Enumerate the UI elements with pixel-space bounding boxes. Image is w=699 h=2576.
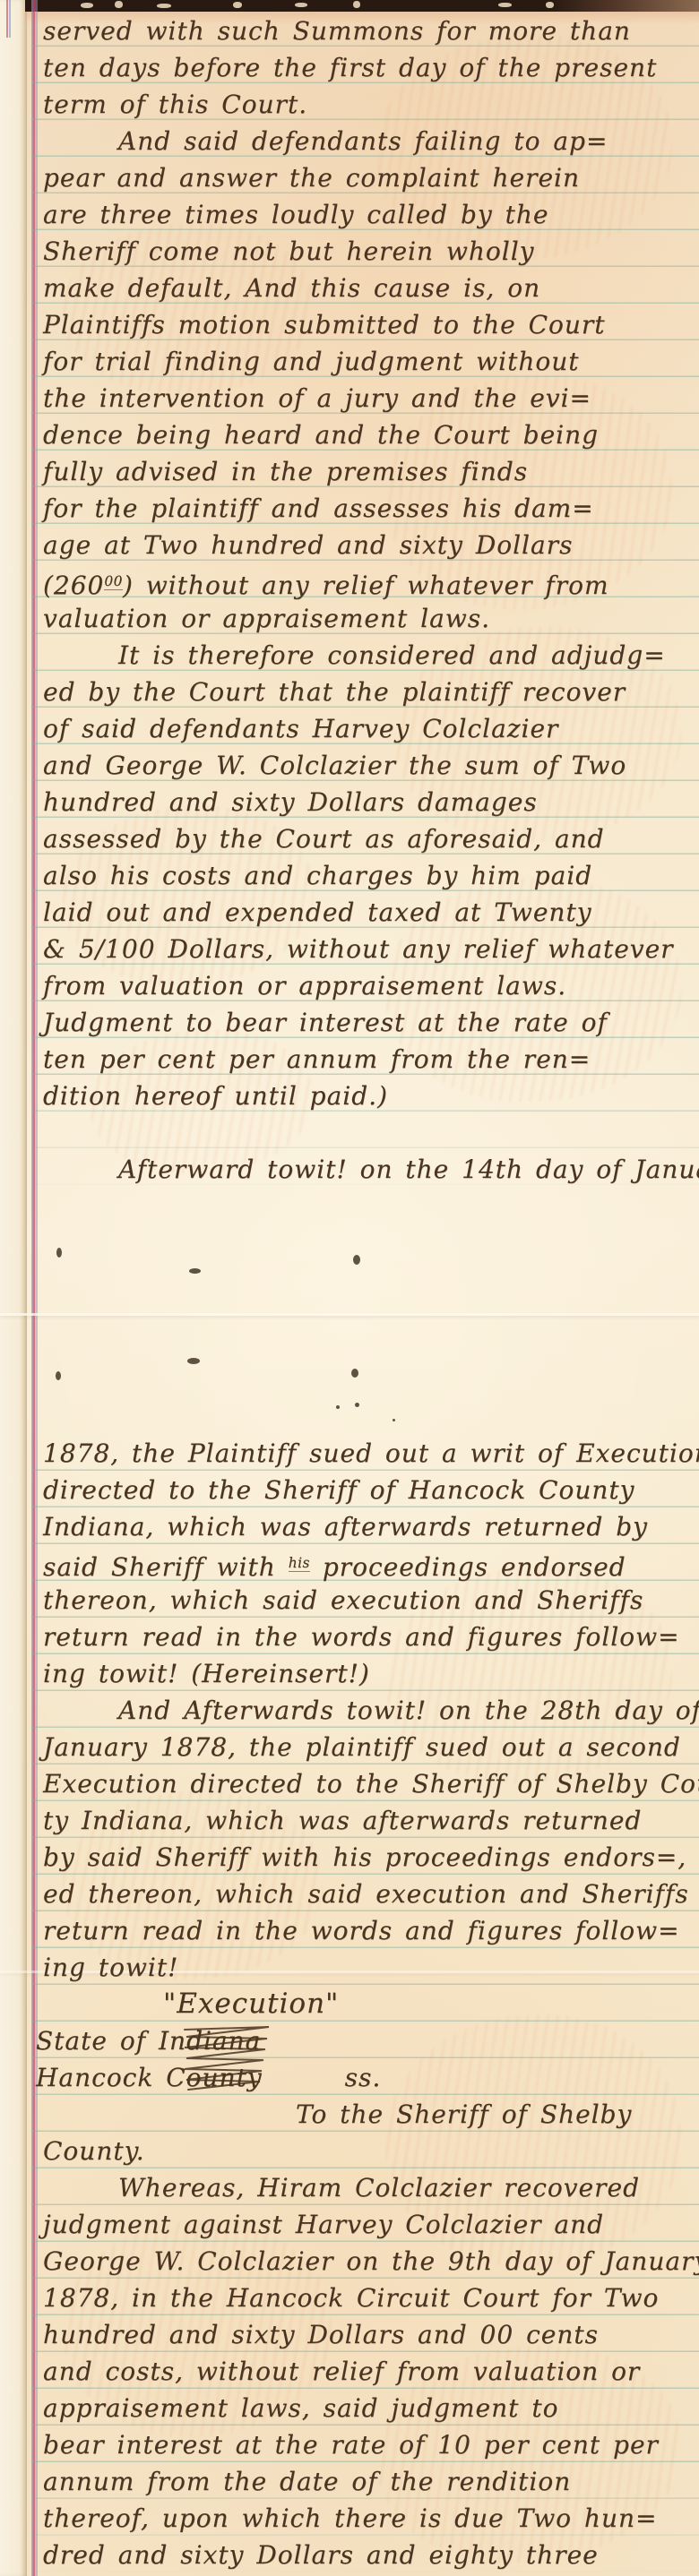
text-line: 1878, in the Hancock Circuit Court for T… [0, 2280, 699, 2316]
text-line: 1878, the Plaintiff sued out a writ of E… [0, 1435, 699, 1472]
text-line: fully advised in the premises finds [0, 453, 699, 490]
ink-speck [187, 1358, 200, 1364]
text-line: ten per cent per annum from the ren= [0, 1041, 699, 1078]
text-line: dence being heard and the Court being [0, 416, 699, 453]
text-line: said Sheriff with his proceedings endors… [0, 1545, 699, 1582]
text-line: Plaintiffs motion submitted to the Court [0, 306, 699, 343]
text-line: Sheriff come not but herein wholly [0, 233, 699, 270]
text-line: by said Sheriff with his proceedings end… [0, 1839, 699, 1876]
text-line: judgment against Harvey Colclazier and [0, 2206, 699, 2243]
text-line: Whereas, Hiram Colclazier recovered [0, 2169, 699, 2206]
ink-speck [355, 1403, 359, 1407]
judgment-entry-text: served with such Summons for more thante… [0, 13, 699, 1188]
text-line: valuation or appraisement laws. [0, 600, 699, 637]
text-line: directed to the Sheriff of Hancock Count… [0, 1472, 699, 1508]
text-line: hundred and sixty Dollars and 00 cents [0, 2316, 699, 2353]
ss-abbreviation: ss. [345, 2063, 382, 2092]
text-line: State of Indiana [0, 2022, 699, 2059]
text-line: Afterward towit! on the 14th day of Janu… [0, 1151, 699, 1188]
text-line: thereon, which said execution and Sherif… [0, 1582, 699, 1619]
ink-speck [56, 1371, 61, 1380]
fold-crease [0, 1313, 699, 1316]
text-line: for the plaintiff and assesses his dam= [0, 490, 699, 527]
text-line: also his costs and charges by him paid [0, 857, 699, 894]
text-line: thereof, upon which there is due Two hun… [0, 2500, 699, 2537]
text-line: "Execution" [0, 1986, 699, 2022]
text-line: Execution directed to the Sheriff of She… [0, 1765, 699, 1802]
interlinear-insertion: 00 [104, 573, 123, 590]
text-line: age at Two hundred and sixty Dollars [0, 527, 699, 563]
text-line: bear interest at the rate of 10 per cent… [0, 2426, 699, 2463]
text-line: ing towit! [0, 1949, 699, 1986]
text-line: (26000) without any relief whatever from [0, 563, 699, 600]
text-line: and costs, without relief from valuation… [0, 2353, 699, 2390]
text-line: Hancock Countyss. [0, 2059, 699, 2096]
text-line: for trial finding and judgment without [0, 343, 699, 380]
text-line: hundred and sixty Dollars damages [0, 784, 699, 820]
text-line: It is therefore considered and adjudg= [0, 637, 699, 674]
text-line: To the Sheriff of Shelby [0, 2096, 699, 2133]
text-line: pear and answer the complaint herein [0, 159, 699, 196]
text-line: assessed by the Court as aforesaid, and [0, 820, 699, 857]
text-line: And Afterwards towit! on the 28th day of [0, 1692, 699, 1729]
execution-writ-text: 1878, the Plaintiff sued out a writ of E… [0, 1435, 699, 2573]
text-line: And said defendants failing to ap= [0, 123, 699, 159]
text-line: Indiana, which was afterwards returned b… [0, 1508, 699, 1545]
text-line: are three times loudly called by the [0, 196, 699, 233]
text-line: dred and sixty Dollars and eighty three [0, 2537, 699, 2573]
scanned-ledger-page: served with such Summons for more thante… [0, 0, 699, 2576]
ink-speck [189, 1268, 201, 1274]
ink-speck [336, 1405, 340, 1409]
text-line: & 5/100 Dollars, without any relief what… [0, 931, 699, 967]
text-line: dition hereof until paid.) [0, 1078, 699, 1114]
text-line: appraisement laws, said judgment to [0, 2390, 699, 2426]
ink-speck [351, 1369, 358, 1378]
text-line: ed by the Court that the plaintiff recov… [0, 674, 699, 710]
text-line: January 1878, the plaintiff sued out a s… [0, 1729, 699, 1765]
text-line: and George W. Colclazier the sum of Two [0, 747, 699, 784]
text-line: return read in the words and figures fol… [0, 1912, 699, 1949]
text-line: ty Indiana, which was afterwards returne… [0, 1802, 699, 1839]
ink-speck [393, 1419, 395, 1421]
text-line: term of this Court. [0, 86, 699, 123]
blank-line [0, 1114, 699, 1151]
text-line: of said defendants Harvey Colclazier [0, 710, 699, 747]
text-line: ing towit! (Hereinsert!) [0, 1655, 699, 1692]
text-line: return read in the words and figures fol… [0, 1619, 699, 1655]
text-line: served with such Summons for more than [0, 13, 699, 49]
text-line: ed thereon, which said execution and She… [0, 1876, 699, 1912]
text-line: make default, And this cause is, on [0, 270, 699, 306]
text-line: laid out and expended taxed at Twenty [0, 894, 699, 931]
text-line: from valuation or appraisement laws. [0, 967, 699, 1004]
text-line: annum from the date of the rendition [0, 2463, 699, 2500]
text-line: Judgment to bear interest at the rate of [0, 1004, 699, 1041]
ink-speck [56, 1248, 62, 1258]
ink-speck [353, 1255, 360, 1265]
text-line: ten days before the first day of the pre… [0, 49, 699, 86]
interlinear-insertion: his [289, 1555, 310, 1572]
text-line: George W. Colclazier on the 9th day of J… [0, 2243, 699, 2280]
text-line: County. [0, 2133, 699, 2169]
text-line: the intervention of a jury and the evi= [0, 380, 699, 416]
